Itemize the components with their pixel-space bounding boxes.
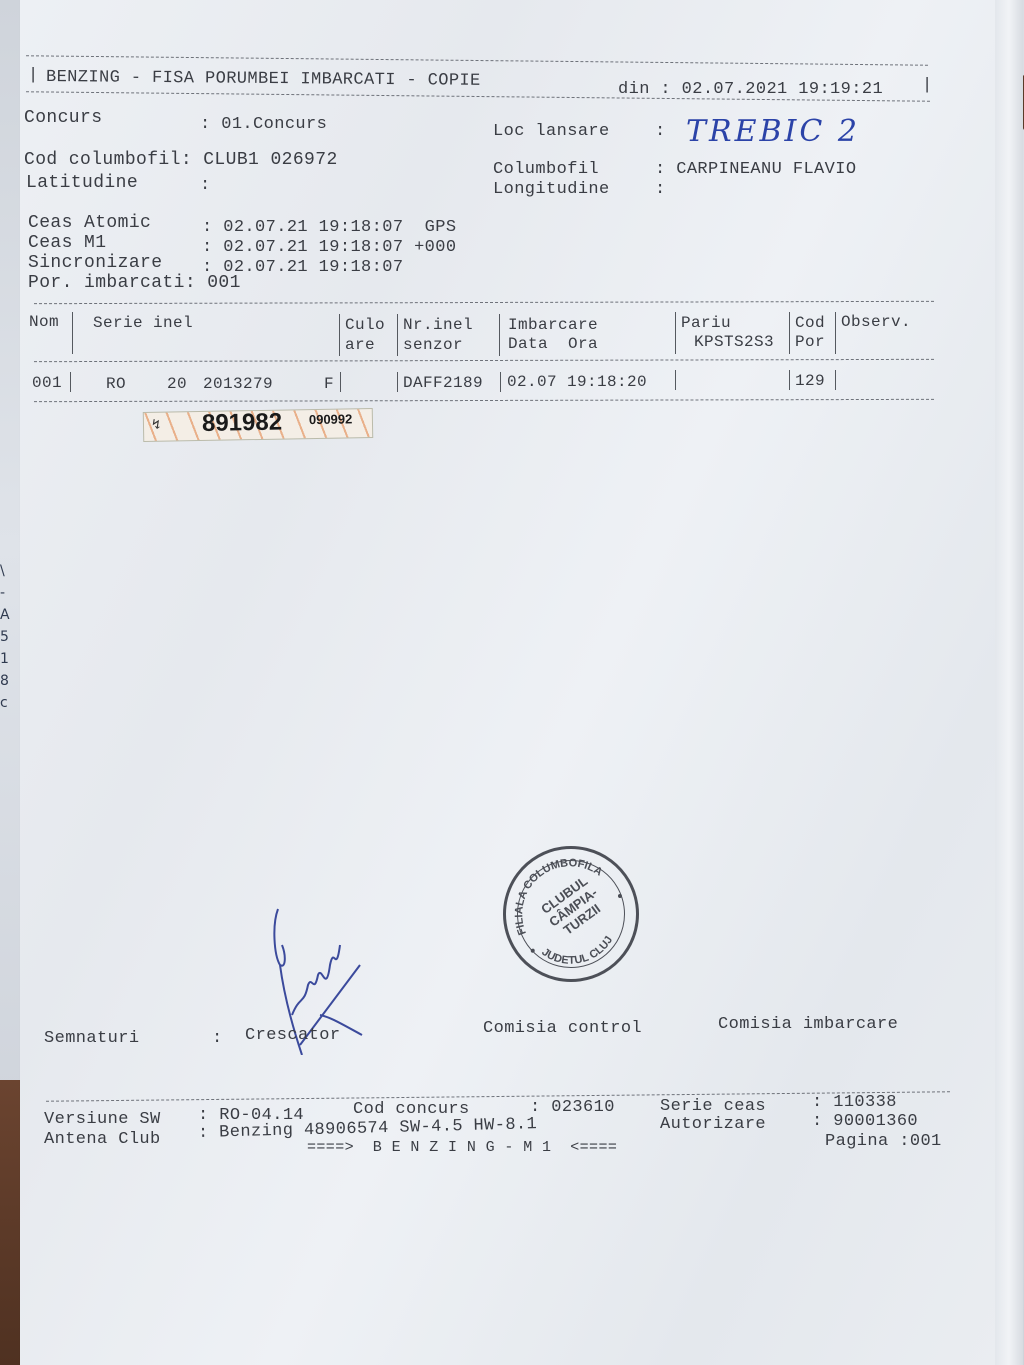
col-header-pariu: Pariu [681, 314, 731, 332]
col-header-nr-inel: Nr.inel [403, 316, 473, 334]
sincronizare-label: Sincronizare [28, 253, 162, 273]
loc-lansare-value: TREBIC 2 [686, 114, 860, 149]
gps-badge: GPS [425, 218, 457, 237]
col-sep [499, 314, 500, 356]
col-header-nom: Nom [29, 313, 59, 331]
latitudine-label: Latitudine [26, 173, 138, 193]
underlying-page-text: \-A518c [0, 560, 20, 714]
semnaturi-label: Semnaturi [44, 1029, 139, 1048]
cell-nom: 001 [32, 374, 62, 392]
date-label: din : 02.07.2021 19:19:21 [618, 80, 883, 99]
cell-imbarcare: 02.07 19:18:20 [507, 373, 647, 391]
sticker-logo-icon: ↯ [152, 417, 170, 435]
colon: : [655, 122, 666, 141]
comisia-imbarcare-label: Comisia imbarcare [718, 1015, 898, 1034]
col-sep [789, 370, 790, 390]
serie-ceas-value: : 110338 [812, 1093, 897, 1112]
col-header-nr-inel-2: senzor [403, 336, 463, 354]
col-header-culoare: Culo [345, 316, 385, 334]
col-sep [675, 370, 676, 390]
col-sep [397, 372, 398, 392]
por-imbarcati-value: 001 [207, 273, 241, 293]
cod-columbofil-value: CLUB1 026972 [203, 150, 337, 170]
col-header-culoare-2: are [345, 336, 375, 354]
cell-nr-inel-senzor: DAFF2189 [403, 374, 483, 392]
title-bar-left: | [28, 66, 39, 85]
benzing-banner: ====> B E N Z I N G - M 1 <==== [307, 1139, 617, 1156]
col-sep [835, 312, 836, 354]
print-date: 02.07.2021 19:19:21 [682, 80, 883, 99]
col-sep [500, 372, 501, 392]
pagina: Pagina :001 [825, 1132, 942, 1151]
concurs-value: : 01.Concurs [200, 115, 327, 134]
document-title: BENZING - FISA PORUMBEI IMBARCATI - COPI… [46, 68, 481, 91]
club-stamp: FILIALA COLUMBOFILA JUDETUL CLUJ CLUBULC… [494, 837, 648, 991]
por-imbarcati-label: Por. imbarcati: 001 [28, 273, 241, 293]
ceas-m1-value: : 02.07.21 19:18:07 +000 [202, 238, 456, 257]
cell-cod-por: 129 [795, 372, 825, 390]
clock-offset: +000 [414, 238, 456, 257]
col-header-pariu-2: KPSTS2S3 [694, 333, 774, 351]
col-header-cod-2: Por [795, 333, 825, 351]
col-sep [675, 312, 676, 354]
sticker-number: 891982 [202, 409, 283, 438]
ceas-m1-label: Ceas M1 [28, 233, 106, 253]
antena-club-label: Antena Club [44, 1130, 161, 1149]
sticker-subnumber: 090992 [309, 411, 353, 427]
comisia-control-label: Comisia control [483, 1019, 642, 1038]
cod-concurs-value: : 023610 [530, 1098, 615, 1117]
col-sep [340, 372, 341, 392]
printed-form [20, 0, 1002, 1365]
longitudine-value: : [655, 180, 676, 199]
ceas-atomic-label: Ceas Atomic [28, 213, 151, 233]
loc-lansare-label: Loc lansare [493, 122, 610, 141]
latitudine-value: : [200, 176, 221, 195]
autorizare-label: Autorizare [660, 1115, 766, 1134]
col-sep [70, 372, 71, 392]
col-sep [339, 314, 340, 356]
col-sep [72, 312, 73, 354]
col-sep [835, 370, 836, 390]
title-bar-right: | [922, 76, 933, 95]
cell-ring: 2013279 [203, 375, 273, 393]
cod-columbofil-label: Cod columbofil: CLUB1 026972 [24, 150, 338, 170]
paper-fold [995, 0, 1023, 1365]
columbofil-value: : CARPINEANU FLAVIO [655, 160, 856, 179]
col-header-serie-inel: Serie inel [93, 314, 193, 332]
cell-year: 20 [167, 375, 187, 393]
columbofil-label: Columbofil [493, 160, 599, 179]
col-header-observ: Observ. [841, 313, 911, 331]
col-header-imbarcare-2: Data Ora [508, 335, 598, 353]
col-header-cod: Cod [795, 314, 825, 332]
versiune-sw-label: Versiune SW [44, 1110, 161, 1129]
autorizare-value: : 90001360 [812, 1112, 918, 1131]
cod-concurs-label: Cod concurs [353, 1100, 470, 1119]
cell-country: RO [106, 375, 126, 393]
crescator-label: Crescator [245, 1026, 340, 1045]
serie-ceas-label: Serie ceas [660, 1097, 766, 1116]
col-header-imbarcare: Imbarcare [508, 316, 598, 334]
colon: : [212, 1029, 223, 1048]
ring-sticker: ↯ 891982 090992 [143, 408, 373, 442]
concurs-label: Concurs [24, 108, 102, 128]
cell-sex: F [324, 375, 334, 393]
page-number: 001 [910, 1132, 942, 1151]
ceas-atomic-value: : 02.07.21 19:18:07 GPS [202, 218, 456, 237]
col-sep [397, 314, 398, 356]
col-sep [789, 312, 790, 354]
longitudine-label: Longitudine [493, 180, 610, 199]
